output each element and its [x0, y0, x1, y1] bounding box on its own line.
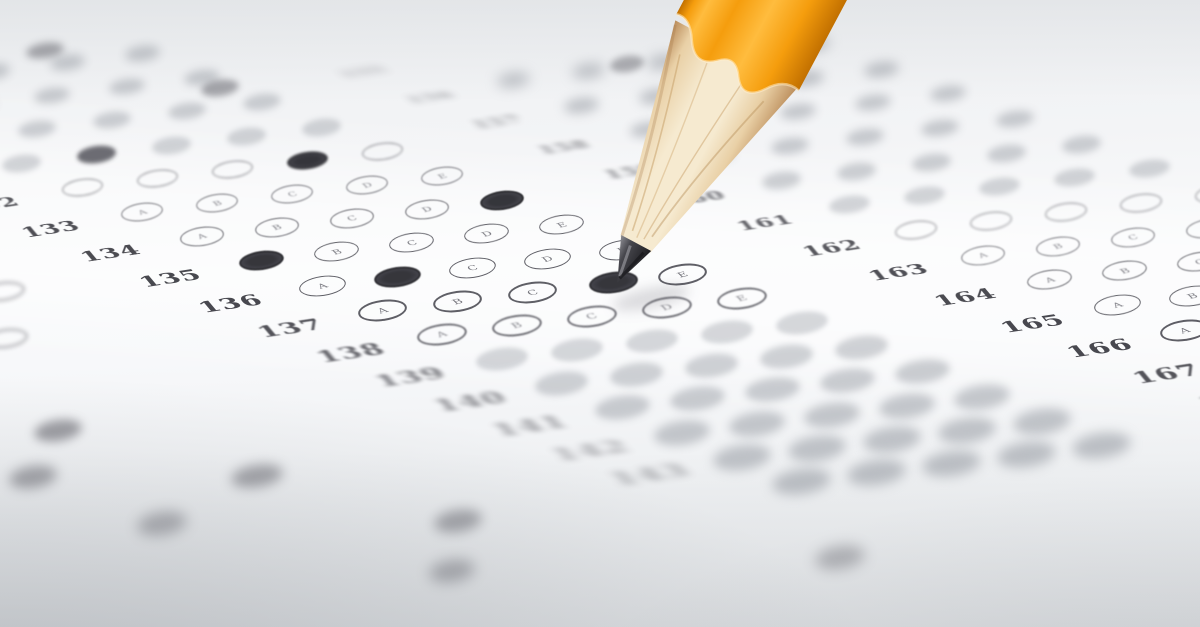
question-number: 163 [864, 261, 934, 285]
answer-bubble [952, 381, 1011, 413]
question-number: 140 [428, 387, 512, 416]
question-number: 143 [604, 459, 695, 490]
bubble-choice-letter: B [1100, 262, 1151, 281]
answer-bubble: B [195, 191, 239, 215]
answer-bubble [61, 176, 104, 199]
question-number: 135 [134, 266, 206, 290]
bubble-choice-letter: C [506, 283, 558, 302]
answer-bubble [534, 369, 590, 399]
bubble-choice-letter: D [343, 176, 390, 193]
bubble-choice-letter: B [312, 243, 363, 262]
answer-bubble: C [447, 254, 496, 280]
answer-bubble [226, 125, 267, 147]
answer-bubble [775, 309, 829, 338]
answer-bubble [834, 333, 890, 363]
bubble-choice-letter: C [327, 209, 376, 227]
bubble-choice-letter: C [387, 234, 438, 253]
answer-bubble [995, 108, 1035, 129]
answer-bubble [550, 336, 604, 365]
question-number: 167 [1127, 360, 1200, 387]
answer-bubble [846, 456, 908, 489]
answer-bubble [911, 151, 952, 173]
answer-bubble [920, 117, 960, 138]
question-number: 134 [76, 242, 146, 266]
answer-bubble [0, 62, 10, 81]
answer-bubble: A [1092, 292, 1141, 318]
answer-bubble [167, 101, 207, 122]
answer-bubble [771, 465, 833, 498]
edge-answer-bubble [0, 326, 29, 351]
bubble-choice-letter: A [1091, 295, 1144, 314]
question-number: 162 [798, 236, 866, 259]
bubble-choice-letter: B [490, 316, 544, 335]
defocused-filled-bubble [136, 508, 189, 539]
answer-bubble: B [432, 287, 483, 314]
answer-bubble [136, 167, 179, 190]
answer-bubble: A [416, 320, 469, 348]
answer-bubble: B [313, 239, 361, 264]
answer-bubble [151, 134, 192, 156]
answer-bubble [242, 92, 282, 113]
answer-bubble [727, 408, 786, 440]
answer-bubble [921, 447, 983, 480]
answer-bubble [1128, 158, 1171, 181]
answer-bubble: C [329, 206, 375, 231]
bubble-choice-letter: B [193, 194, 240, 211]
question-number: 155 [338, 63, 390, 80]
answer-bubble [978, 176, 1021, 199]
answer-bubble [668, 384, 725, 415]
answer-bubble: E [420, 164, 464, 188]
filled-answer-bubble [76, 143, 117, 165]
answer-bubble: C [507, 278, 558, 305]
bubble-choice-letter: A [118, 203, 165, 220]
answer-bubble [17, 119, 57, 140]
answer-bubble [929, 84, 967, 104]
question-number: 132 [0, 194, 24, 217]
bubble-choice-letter: A [356, 301, 408, 320]
answer-bubble: C [270, 182, 314, 206]
answer-bubble: A [357, 296, 408, 323]
bubble-choice-letter: B [1033, 237, 1082, 255]
question-number: 165 [995, 310, 1070, 336]
answer-bubble [652, 417, 711, 449]
filled-answer-bubble [286, 149, 329, 172]
answer-bubble: C [388, 230, 436, 255]
answer-bubble [475, 345, 529, 374]
question-number: 137 [252, 314, 329, 340]
bubble-choice-letter: B [431, 292, 483, 311]
answer-bubble [818, 366, 875, 397]
answer-bubble: C [1110, 225, 1156, 250]
question-number: 136 [193, 290, 268, 316]
answer-bubble [301, 116, 342, 138]
answer-bubble [937, 414, 998, 446]
answer-bubble [33, 86, 71, 106]
answer-bubble [986, 142, 1027, 164]
defocused-filled-bubble [230, 461, 285, 491]
answer-bubble [996, 438, 1058, 471]
bubble-choice-letter: D [402, 200, 451, 218]
answer-bubble [759, 342, 815, 372]
defocused-filled-bubble [33, 416, 84, 444]
bubble-choice-letter: C [1175, 253, 1200, 272]
answer-bubble: C [1176, 249, 1200, 274]
question-number: 139 [369, 363, 451, 391]
answer-bubble [1061, 133, 1102, 155]
answer-bubble [593, 393, 650, 424]
answer-bubble: B [1101, 258, 1149, 283]
answer-bubble: D [345, 173, 389, 197]
question-number: 138 [311, 339, 391, 366]
answer-bubble [903, 185, 946, 208]
bubble-choice-letter: A [1158, 321, 1200, 340]
answer-bubble [787, 432, 848, 464]
question-number: 164 [929, 285, 1001, 309]
question-number: 157 [469, 113, 525, 132]
filled-answer-bubble [238, 248, 286, 273]
answer-bubble [211, 158, 254, 181]
answer-bubble [802, 399, 861, 431]
question-number: 142 [546, 435, 635, 465]
answer-bubble [1119, 191, 1163, 215]
answer-bubble: D [404, 197, 450, 222]
defocused-filled-bubble [814, 542, 867, 573]
question-number: 156 [403, 88, 458, 107]
answer-bubble: A [297, 272, 346, 298]
answer-bubble [1194, 182, 1200, 206]
answer-bubble [124, 44, 160, 63]
answer-bubble: D [1185, 216, 1200, 241]
answer-bubble [1012, 405, 1073, 437]
answer-bubble [969, 209, 1013, 233]
bubble-choice-letter: A [177, 227, 226, 245]
answer-bubble: A [960, 243, 1006, 268]
answer-bubble [828, 194, 871, 217]
filled-answer-bubble [372, 263, 421, 289]
answer-bubble [92, 110, 132, 131]
answer-bubble [1071, 429, 1133, 462]
answer-bubble [609, 360, 665, 390]
defocused-filled-bubble [433, 506, 484, 535]
edge-answer-bubble [0, 279, 26, 304]
answer-bubble [497, 71, 532, 90]
answer-bubble [361, 140, 404, 163]
answer-bubble: A [1159, 316, 1200, 343]
answer-bubble: B [1167, 283, 1200, 309]
answer-bubble [712, 441, 773, 473]
answer-bubble: B [254, 215, 300, 240]
defocused-filled-bubble [8, 462, 59, 491]
question-number: 168 [1192, 384, 1200, 412]
bubble-choice-letter: C [268, 185, 315, 202]
answer-bubble [1, 152, 42, 174]
defocused-filled-bubble [428, 557, 477, 586]
bubble-choice-letter: B [252, 218, 301, 236]
answer-bubble [893, 357, 950, 388]
bubble-choice-letter: A [296, 276, 349, 295]
question-number: 141 [487, 411, 573, 441]
bubble-choice-letter: A [415, 325, 469, 344]
bubble-choice-letter: A [958, 246, 1007, 264]
answer-bubble [862, 423, 923, 455]
bubble-choice-letter: E [418, 167, 465, 184]
question-number: 166 [1061, 335, 1138, 361]
bubble-choice-letter: C [446, 258, 499, 277]
answer-bubble [1053, 167, 1096, 190]
answer-bubble: A [120, 200, 164, 224]
answer-bubble [743, 375, 800, 406]
exam-answer-sheet-photo: 131132ABCDE133ABCD134BCDE135ACDE136ABCE1… [0, 0, 1200, 627]
bubble-choice-letter: B [1166, 286, 1200, 305]
answer-bubble: B [1035, 234, 1081, 259]
answer-bubble: A [179, 224, 225, 249]
answer-bubble [108, 77, 146, 97]
answer-bubble [1044, 200, 1088, 224]
bubble-choice-letter: A [1025, 271, 1076, 290]
question-number: 133 [17, 218, 85, 241]
answer-bubble: B [491, 311, 544, 339]
answer-bubble [877, 390, 936, 422]
bubble-choice-letter: C [1108, 228, 1157, 246]
bubble-choice-letter: D [1183, 219, 1200, 237]
answer-bubble: A [1026, 267, 1074, 292]
answer-bubble [894, 218, 938, 242]
